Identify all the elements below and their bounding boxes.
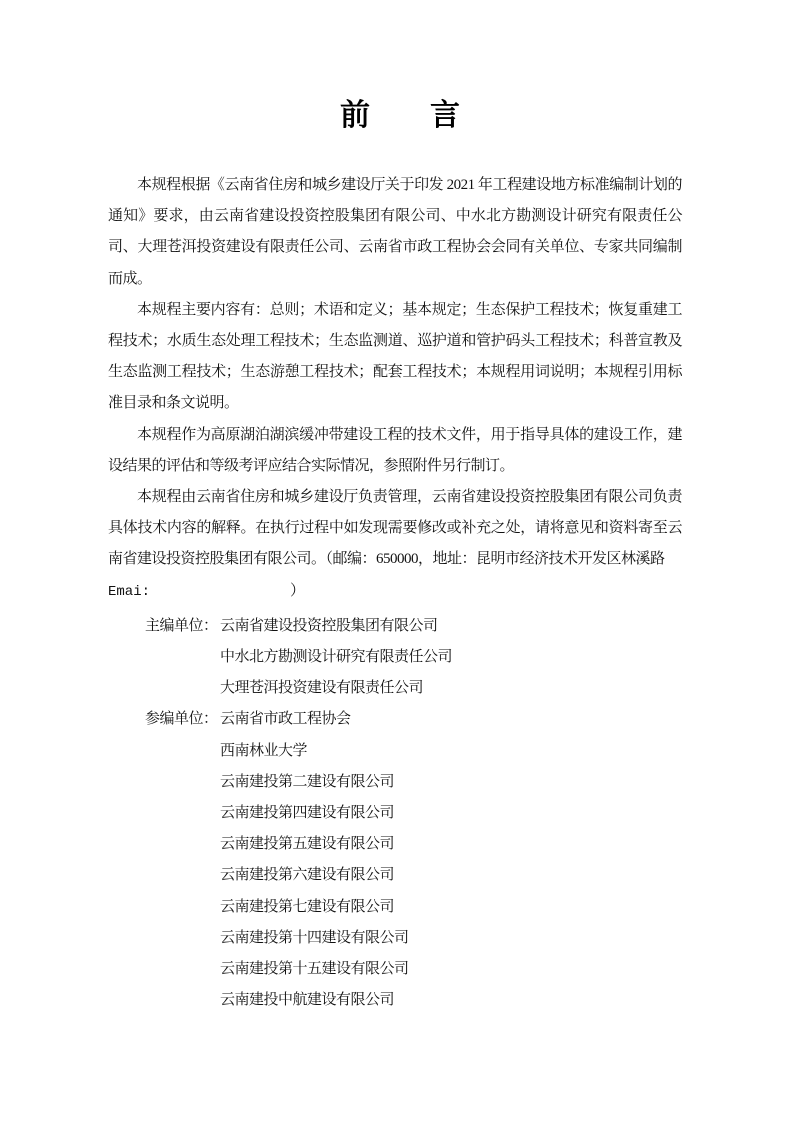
unit-role-label [108,642,220,673]
paragraph-contents: 本规程主要内容有：总则；术语和定义；基本规定；生态保护工程技术；恢复重建工程技术… [108,295,682,420]
email-line: Emai:） [108,576,682,608]
paragraph-purpose: 本规程作为高原湖泊湖滨缓冲带建设工程的技术文件，用于指导具体的建设工作，建设结果… [108,420,682,482]
unit-row: 云南建投第十五建设有限公司 [108,954,682,985]
paragraph-management: 本规程由云南省住房和城乡建设厅负责管理，云南省建设投资控股集团有限公司负责具体技… [108,482,682,576]
unit-role-label [108,860,220,891]
closing-paren: ） [290,583,305,599]
unit-row: 西南林业大学 [108,736,682,767]
unit-name: 西南林业大学 [220,736,682,767]
unit-name: 中水北方勘测设计研究有限责任公司 [220,642,682,673]
unit-name: 云南建投第二建设有限公司 [220,767,682,798]
unit-name: 大理苍洱投资建设有限责任公司 [220,673,682,704]
unit-row: 主编单位：云南省建设投资控股集团有限公司 [108,611,682,642]
page-title: 前 言 [0,0,800,136]
unit-role-label [108,829,220,860]
unit-role-label [108,673,220,704]
unit-role-label [108,767,220,798]
unit-name: 云南建投第十四建设有限公司 [220,923,682,954]
unit-row: 大理苍洱投资建设有限责任公司 [108,673,682,704]
unit-role-label: 主编单位： [108,611,220,642]
unit-name: 云南建投中航建设有限公司 [220,985,682,1016]
document-page: 前 言 本规程根据《云南省住房和城乡建设厅关于印发 2021 年工程建设地方标准… [0,0,800,1132]
unit-name: 云南建投第四建设有限公司 [220,798,682,829]
unit-name: 云南省建设投资控股集团有限公司 [220,611,682,642]
unit-row: 云南建投第七建设有限公司 [108,892,682,923]
unit-role-label [108,798,220,829]
unit-name: 云南省市政工程协会 [220,704,682,735]
email-gap [150,594,290,595]
unit-role-label [108,985,220,1016]
unit-role-label [108,736,220,767]
units-section: 主编单位：云南省建设投资控股集团有限公司中水北方勘测设计研究有限责任公司大理苍洱… [108,611,682,1017]
unit-row: 云南建投第六建设有限公司 [108,860,682,891]
unit-name: 云南建投第六建设有限公司 [220,860,682,891]
unit-name: 云南建投第十五建设有限公司 [220,954,682,985]
unit-name: 云南建投第七建设有限公司 [220,892,682,923]
unit-role-label [108,892,220,923]
unit-row: 云南建投第二建设有限公司 [108,767,682,798]
unit-row: 云南建投中航建设有限公司 [108,985,682,1016]
unit-row: 云南建投第四建设有限公司 [108,798,682,829]
unit-row: 参编单位：云南省市政工程协会 [108,704,682,735]
paragraph-basis: 本规程根据《云南省住房和城乡建设厅关于印发 2021 年工程建设地方标准编制计划… [108,170,682,295]
unit-role-label [108,954,220,985]
unit-row: 云南建投第十四建设有限公司 [108,923,682,954]
unit-role-label [108,923,220,954]
document-body: 本规程根据《云南省住房和城乡建设厅关于印发 2021 年工程建设地方标准编制计划… [108,170,682,1016]
unit-name: 云南建投第五建设有限公司 [220,829,682,860]
unit-row: 云南建投第五建设有限公司 [108,829,682,860]
email-label: Emai: [108,584,150,600]
unit-role-label: 参编单位： [108,704,220,735]
unit-row: 中水北方勘测设计研究有限责任公司 [108,642,682,673]
